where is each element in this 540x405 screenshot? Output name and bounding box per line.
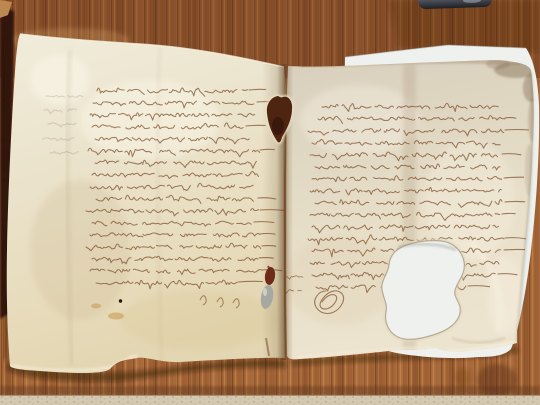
wormhole-depth: [272, 117, 284, 135]
ink-dot: [119, 299, 122, 302]
wood-wet-stain-small: [455, 368, 471, 388]
wood-bottom-dark-band: [0, 386, 540, 395]
photo-of-manuscript: Photograph of an opened aged parchment m…: [0, 0, 540, 405]
wood-dark-patch: [388, 0, 540, 52]
left-edge-shadow: [4, 40, 6, 360]
manuscript-left-page: [7, 34, 286, 373]
wood-wet-stain: [477, 364, 517, 396]
torn-hole-paper: [382, 241, 464, 340]
torn-hole: [382, 241, 464, 340]
floor-strip: [0, 395, 540, 405]
amber-stain: [91, 304, 101, 309]
amber-stain: [108, 313, 124, 320]
seal-highlight: [263, 288, 267, 296]
floor-speckles: [0, 395, 540, 405]
